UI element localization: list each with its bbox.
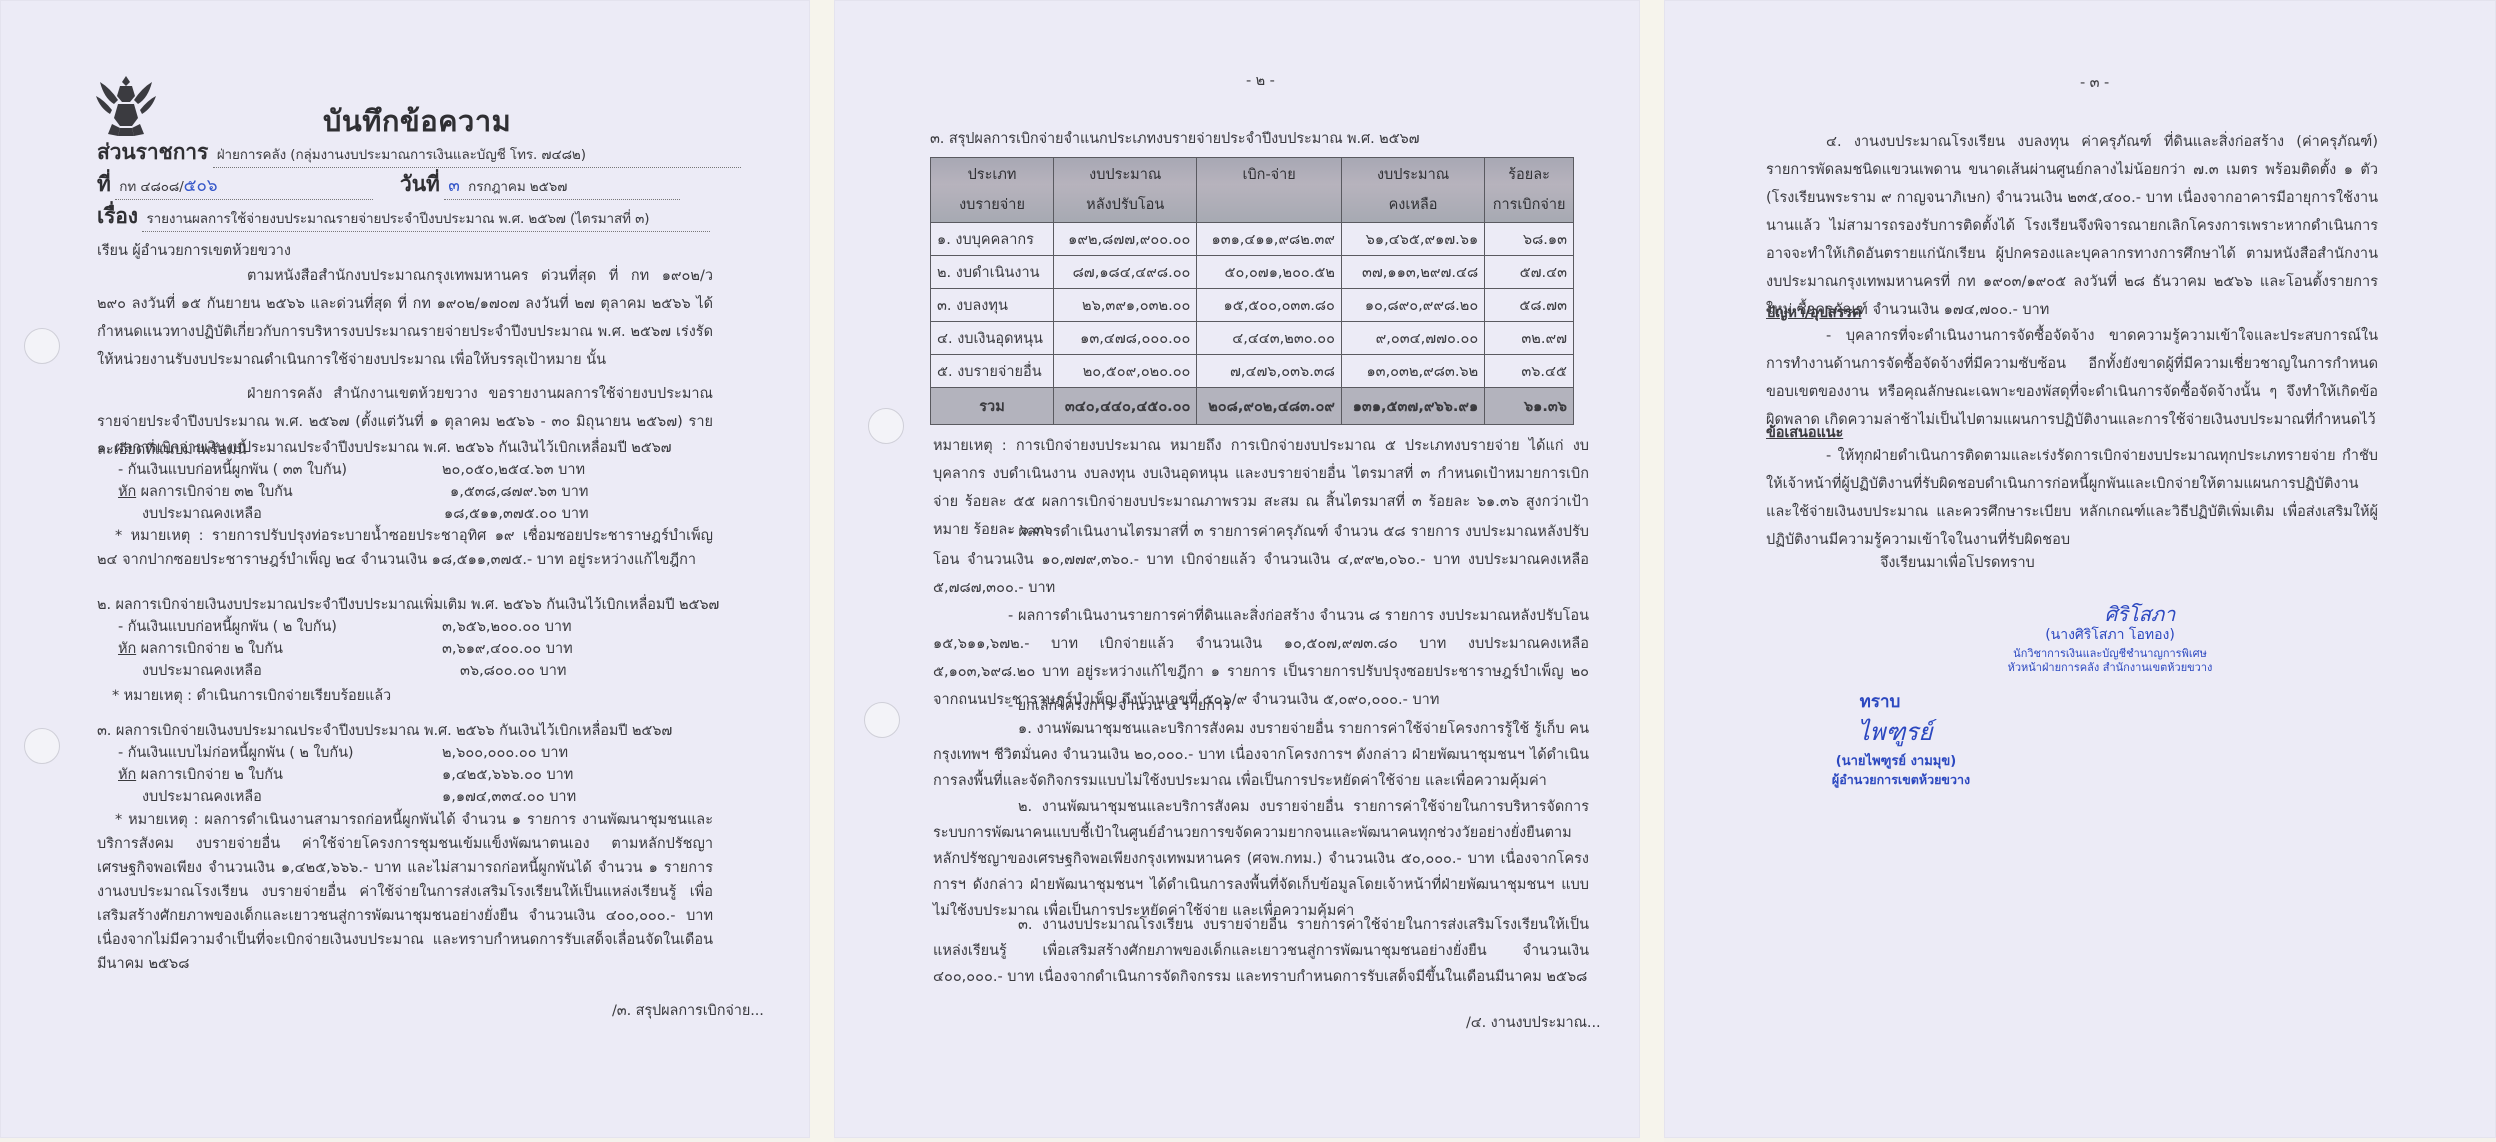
section-1-row-1-label: - กันเงินแบบก่อหนี้ผูกพัน ( ๓๓ ใบกัน) [118,459,347,481]
table-cell: ๓๗,๑๑๓,๒๙๗.๔๘ [1341,256,1484,289]
garuda-emblem-icon [94,72,158,138]
deduct-label: หัก [118,484,136,500]
section-1-row-3-amount: ๑๘,๕๑๑,๓๗๕.๐๐ บาท [444,503,589,525]
table-cell: ๖๑,๔๖๕,๙๑๗.๖๑ [1341,223,1484,256]
paragraph-equipment: - ผลการดำเนินงานไตรมาสที่ ๓ รายการค่าครุ… [933,518,1589,602]
subject-value: รายงานผลการใช้จ่ายงบประมาณรายจ่ายประจำปี… [142,208,710,232]
item-4-paragraph: ๔. งานงบประมาณโรงเรียน งบลงทุน ค่าครุภัณ… [1766,128,2378,324]
department-label: ส่วนราชการ [97,140,208,164]
section-3-note: * หมายเหตุ : ผลการดำเนินงานสามารถก่อหนี้… [97,808,713,976]
row-label: ผลการเบิกจ่าย ๒ ใบกัน [136,767,283,783]
problems-heading: ปัญหา/อุปสรรค [1766,302,1862,324]
date-handwritten-day: ๓ [448,176,460,196]
reference-line: ที่ กท ๔๘๐๘/๕๐๖ [97,173,373,200]
table-row: ๓. งบลงทุน๒๖,๓๙๑,๐๓๒.๐๐๑๕,๕๐๐,๐๓๓.๘๐๑๐,๘… [931,289,1574,322]
paragraph-cancelled: - ยกเลิกโครงการ จำนวน ๔ รายการ [1008,695,1231,717]
page-number: - ๒ - [1246,70,1275,92]
cancelled-item-2: ๒. งานพัฒนาชุมชนและบริการสังคม งบรายจ่าย… [933,794,1589,924]
table-header-cell: งบประมาณหลังปรับโอน [1054,158,1197,223]
table-heading: ๓. สรุปผลการเบิกจ่ายจำแนกประเภทงบรายจ่าย… [930,128,1419,150]
table-cell: ๓๔๐,๔๔๐,๔๕๐.๐๐ [1054,388,1197,425]
reference-value: กท ๔๘๐๘/ [119,179,183,195]
table-cell: ๑๓๑,๔๑๑,๙๘๒.๓๙ [1197,223,1342,256]
table-cell: ๕๘.๗๓ [1485,289,1574,322]
table-cell: ๑. งบบุคคลากร [931,223,1054,256]
section-1-row-3-label: งบประมาณคงเหลือ [142,503,262,525]
table-cell: ๕. งบรายจ่ายอื่น [931,355,1054,388]
table-header-cell: เบิก-จ่าย [1197,158,1342,223]
table-cell: ๕๗.๔๓ [1485,256,1574,289]
table-cell: ๑๓,๔๗๘,๐๐๐.๐๐ [1054,322,1197,355]
table-cell: ๓. งบลงทุน [931,289,1054,322]
department-value: ฝ่ายการคลัง (กลุ่มงานงบประมาณการเงินและบ… [213,144,741,168]
salutation: เรียน ผู้อำนวยการเขตห้วยขวาง [97,240,291,262]
table-row: ๒. งบดำเนินงาน๘๗,๑๘๔,๔๙๘.๐๐๕๐,๐๗๑,๒๐๐.๕๒… [931,256,1574,289]
suggestions-heading: ข้อเสนอแนะ [1766,422,1843,444]
signer-position-2: หัวหน้าฝ่ายการคลัง สำนักงานเขตห้วยขวาง [1990,658,2230,676]
subject-line: เรื่อง รายงานผลการใช้จ่ายงบประมาณรายจ่าย… [97,205,710,232]
section-2-heading: ๒. ผลการเบิกจ่ายเงินงบประมาณประจำปีงบประ… [97,594,719,616]
section-2-row-2-amount: ๓,๖๑๙,๔๐๐.๐๐ บาท [442,638,573,660]
section-1-note: * หมายเหตุ : รายการปรับปรุงท่อระบายน้ำซอ… [97,524,713,572]
table-cell: ๘๗,๑๘๔,๔๙๘.๐๐ [1054,256,1197,289]
table-cell: ๙,๐๓๔,๗๗๐.๐๐ [1341,322,1484,355]
section-2-row-3-label: งบประมาณคงเหลือ [142,660,262,682]
date-value: กรกฎาคม ๒๕๖๗ [468,179,567,195]
table-cell: ๓๒.๙๗ [1485,322,1574,355]
table-cell: ๒๖,๓๙๑,๐๓๒.๐๐ [1054,289,1197,322]
section-2-row-1-label: - กันเงินแบบก่อหนี้ผูกพัน ( ๒ ใบกัน) [118,616,337,638]
row-label: ผลการเบิกจ่าย ๓๒ ใบกัน [136,484,292,500]
deduct-label: หัก [118,767,136,783]
closing-line: จึงเรียนมาเพื่อโปรดทราบ [1880,552,2035,574]
cancelled-item-1: ๑. งานพัฒนาชุมชนและบริการสังคม งบรายจ่าย… [933,716,1589,794]
section-1-row-1-amount: ๒๐,๐๕๐,๒๕๔.๖๓ บาท [442,459,585,481]
cancelled-item-3: ๓. งานงบประมาณโรงเรียน งบรายจ่ายอื่น ราย… [933,912,1589,990]
suggestions-text: - ให้ทุกฝ่ายดำเนินการติดตามและเร่งรัดการ… [1766,442,2378,554]
section-3-row-3-label: งบประมาณคงเหลือ [142,786,262,808]
table-row: ๑. งบบุคคลากร๑๙๒,๘๗๗,๙๐๐.๐๐๑๓๑,๔๑๑,๙๘๒.๓… [931,223,1574,256]
section-3-row-1-label: - กันเงินแบบไม่ก่อหนี้ผูกพัน ( ๒ ใบกัน) [118,742,353,764]
table-header-cell: ประเภทงบรายจ่าย [931,158,1054,223]
page-gutter [1640,0,1664,1142]
table-cell: ๑๕,๕๐๐,๐๓๓.๘๐ [1197,289,1342,322]
section-2-row-3-amount: ๓๖,๘๐๐.๐๐ บาท [460,660,566,682]
section-3-row-1-amount: ๒,๖๐๐,๐๐๐.๐๐ บาท [442,742,568,764]
date-label: วันที่ [400,172,440,196]
table-cell: ๕๐,๐๗๑,๒๐๐.๕๒ [1197,256,1342,289]
section-3-row-3-amount: ๑,๑๗๔,๓๓๔.๐๐ บาท [442,786,576,808]
punch-hole [24,728,60,764]
page-1: บันทึกข้อความ ส่วนราชการ ฝ่ายการคลัง (กล… [0,0,810,1138]
row-label: ผลการเบิกจ่าย ๒ ใบกัน [136,641,283,657]
table-cell: ๓๖.๔๕ [1485,355,1574,388]
punch-hole [24,328,60,364]
budget-summary-table: ประเภทงบรายจ่ายงบประมาณหลังปรับโอนเบิก-จ… [930,157,1574,425]
table-header-cell: ร้อยละการเบิกจ่าย [1485,158,1574,223]
section-2-row-2: หัก ผลการเบิกจ่าย ๒ ใบกัน [118,638,283,660]
approver-position: ผู้อำนวยการเขตห้วยขวาง [1826,770,1976,790]
section-1-row-2: หัก ผลการเบิกจ่าย ๓๒ ใบกัน [118,481,293,503]
table-row: ๔. งบเงินอุดหนุน๑๓,๔๗๘,๐๐๐.๐๐๔,๔๔๓,๒๓๐.๐… [931,322,1574,355]
table-cell: ๖๑.๓๖ [1485,388,1574,425]
problems-text: - บุคลากรที่จะดำเนินงานการจัดซื้อจัดจ้าง… [1766,322,2378,434]
signer-name: (นางศิริโสภา โอทอง) [2010,624,2210,646]
subject-label: เรื่อง [97,204,138,228]
section-3-row-2: หัก ผลการเบิกจ่าย ๒ ใบกัน [118,764,283,786]
table-cell: ๑๐,๘๙๐,๙๙๘.๒๐ [1341,289,1484,322]
table-total-row: รวม๓๔๐,๔๔๐,๔๕๐.๐๐๒๐๘,๙๐๒,๔๘๓.๐๙๑๓๑,๕๓๗,๙… [931,388,1574,425]
approver-signature: ไพฑูรย์ [1850,712,1940,751]
department-line: ส่วนราชการ ฝ่ายการคลัง (กลุ่มงานงบประมาณ… [97,141,741,168]
table-cell: ๒๐,๕๐๙,๐๒๐.๐๐ [1054,355,1197,388]
table-header-cell: งบประมาณคงเหลือ [1341,158,1484,223]
table-cell: ๒. งบดำเนินงาน [931,256,1054,289]
reference-label: ที่ [97,172,111,196]
table-row: ๕. งบรายจ่ายอื่น๒๐,๕๐๙,๐๒๐.๐๐๗,๔๗๖,๐๓๖.๓… [931,355,1574,388]
table-cell: ๑๓,๐๓๒,๙๘๓.๖๒ [1341,355,1484,388]
table-cell: ๒๐๘,๙๐๒,๔๘๓.๐๙ [1197,388,1342,425]
table-cell: ๑๓๑,๕๓๗,๙๖๖.๙๑ [1341,388,1484,425]
approver-name: (นายไพฑูรย์ งามมุข) [1826,750,1966,771]
section-2-note: * หมายเหตุ : ดำเนินการเบิกจ่ายเรียบร้อยแ… [112,685,391,707]
table-cell: ๖๘.๑๓ [1485,223,1574,256]
punch-hole [868,408,904,444]
deduct-label: หัก [118,641,136,657]
acknowledge-label: ทราบ [1850,688,1910,715]
section-1-row-2-amount: ๑,๕๓๘,๘๗๙.๖๓ บาท [450,481,588,503]
continuation-note: /๓. สรุปผลการเบิกจ่าย... [612,1000,764,1022]
continuation-note: /๔. งานงบประมาณ... [1466,1012,1600,1034]
table-cell: ๔,๔๔๓,๒๓๐.๐๐ [1197,322,1342,355]
table-cell: ๗,๔๗๖,๐๓๖.๓๘ [1197,355,1342,388]
section-3-row-2-amount: ๑,๔๒๕,๖๖๖.๐๐ บาท [442,764,573,786]
page-gutter [810,0,834,1142]
table-cell: รวม [931,388,1054,425]
page-number: - ๓ - [2080,72,2109,94]
table-cell: ๔. งบเงินอุดหนุน [931,322,1054,355]
section-1-heading: ๑. ผลการเบิกจ่ายเงินงบประมาณประจำปีงบประ… [97,437,671,459]
section-2-row-1-amount: ๓,๖๕๖,๒๐๐.๐๐ บาท [442,616,572,638]
section-3-heading: ๓. ผลการเบิกจ่ายเงินงบประมาณประจำปีงบประ… [97,720,672,742]
intro-paragraph-1: ตามหนังสือสำนักงบประมาณกรุงเทพมหานคร ด่ว… [97,262,713,374]
memo-title: บันทึกข้อความ [323,98,511,144]
punch-hole [864,702,900,738]
reference-handwritten-number: ๕๐๖ [184,176,218,196]
table-cell: ๑๙๒,๘๗๗,๙๐๐.๐๐ [1054,223,1197,256]
date-line: วันที่ ๓ กรกฎาคม ๒๕๖๗ [400,173,680,200]
